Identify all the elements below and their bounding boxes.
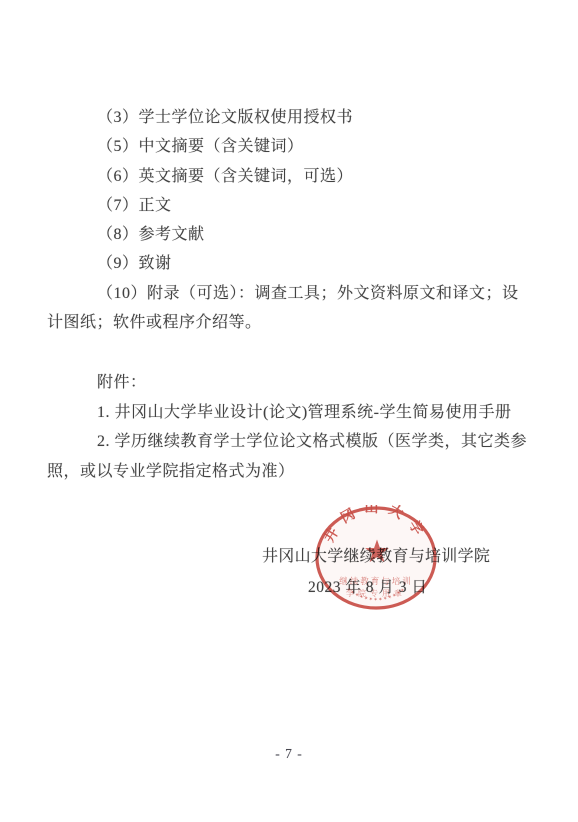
attachments-heading: 附件： — [47, 368, 531, 398]
list-item: （7）正文 — [47, 191, 531, 220]
official-seal: 井冈山大学 继续教育与培训 学院专用章 ✶✶✶✶✶✶✶✶✶✶✶✶✶ — [313, 505, 439, 613]
list-item: （5）中文摘要（含关键词） — [47, 132, 531, 161]
list-item: （3）学士学位论文版权使用授权书 — [47, 103, 531, 132]
thesis-components-list: （3）学士学位论文版权使用授权书 （5）中文摘要（含关键词） （6）英文摘要（含… — [47, 103, 531, 337]
list-item: （10）附录（可选）：调查工具；外文资料原文和译文；设 — [47, 279, 531, 308]
list-item: （6）英文摘要（含关键词，可选） — [47, 162, 531, 191]
attachment-item-continuation: 照，或以专业学院指定格式为准） — [47, 457, 531, 487]
attachments-section: 附件： 1. 井冈山大学毕业设计(论文)管理系统-学生简易使用手册 2. 学历继… — [47, 368, 531, 486]
list-item: （9）致谢 — [47, 249, 531, 278]
list-item-continuation: 计图纸；软件或程序介绍等。 — [47, 308, 531, 337]
list-item: （8）参考文献 — [47, 220, 531, 249]
attachment-item: 1. 井冈山大学毕业设计(论文)管理系统-学生简易使用手册 — [47, 398, 531, 428]
seal-inner-text-line1: 继续教育与培训 — [339, 576, 413, 586]
page-number: - 7 - — [0, 746, 578, 762]
attachment-item: 2. 学历继续教育学士学位论文格式模版（医学类，其它类参 — [47, 427, 531, 457]
document-page: （3）学士学位论文版权使用授权书 （5）中文摘要（含关键词） （6）英文摘要（含… — [0, 0, 578, 822]
